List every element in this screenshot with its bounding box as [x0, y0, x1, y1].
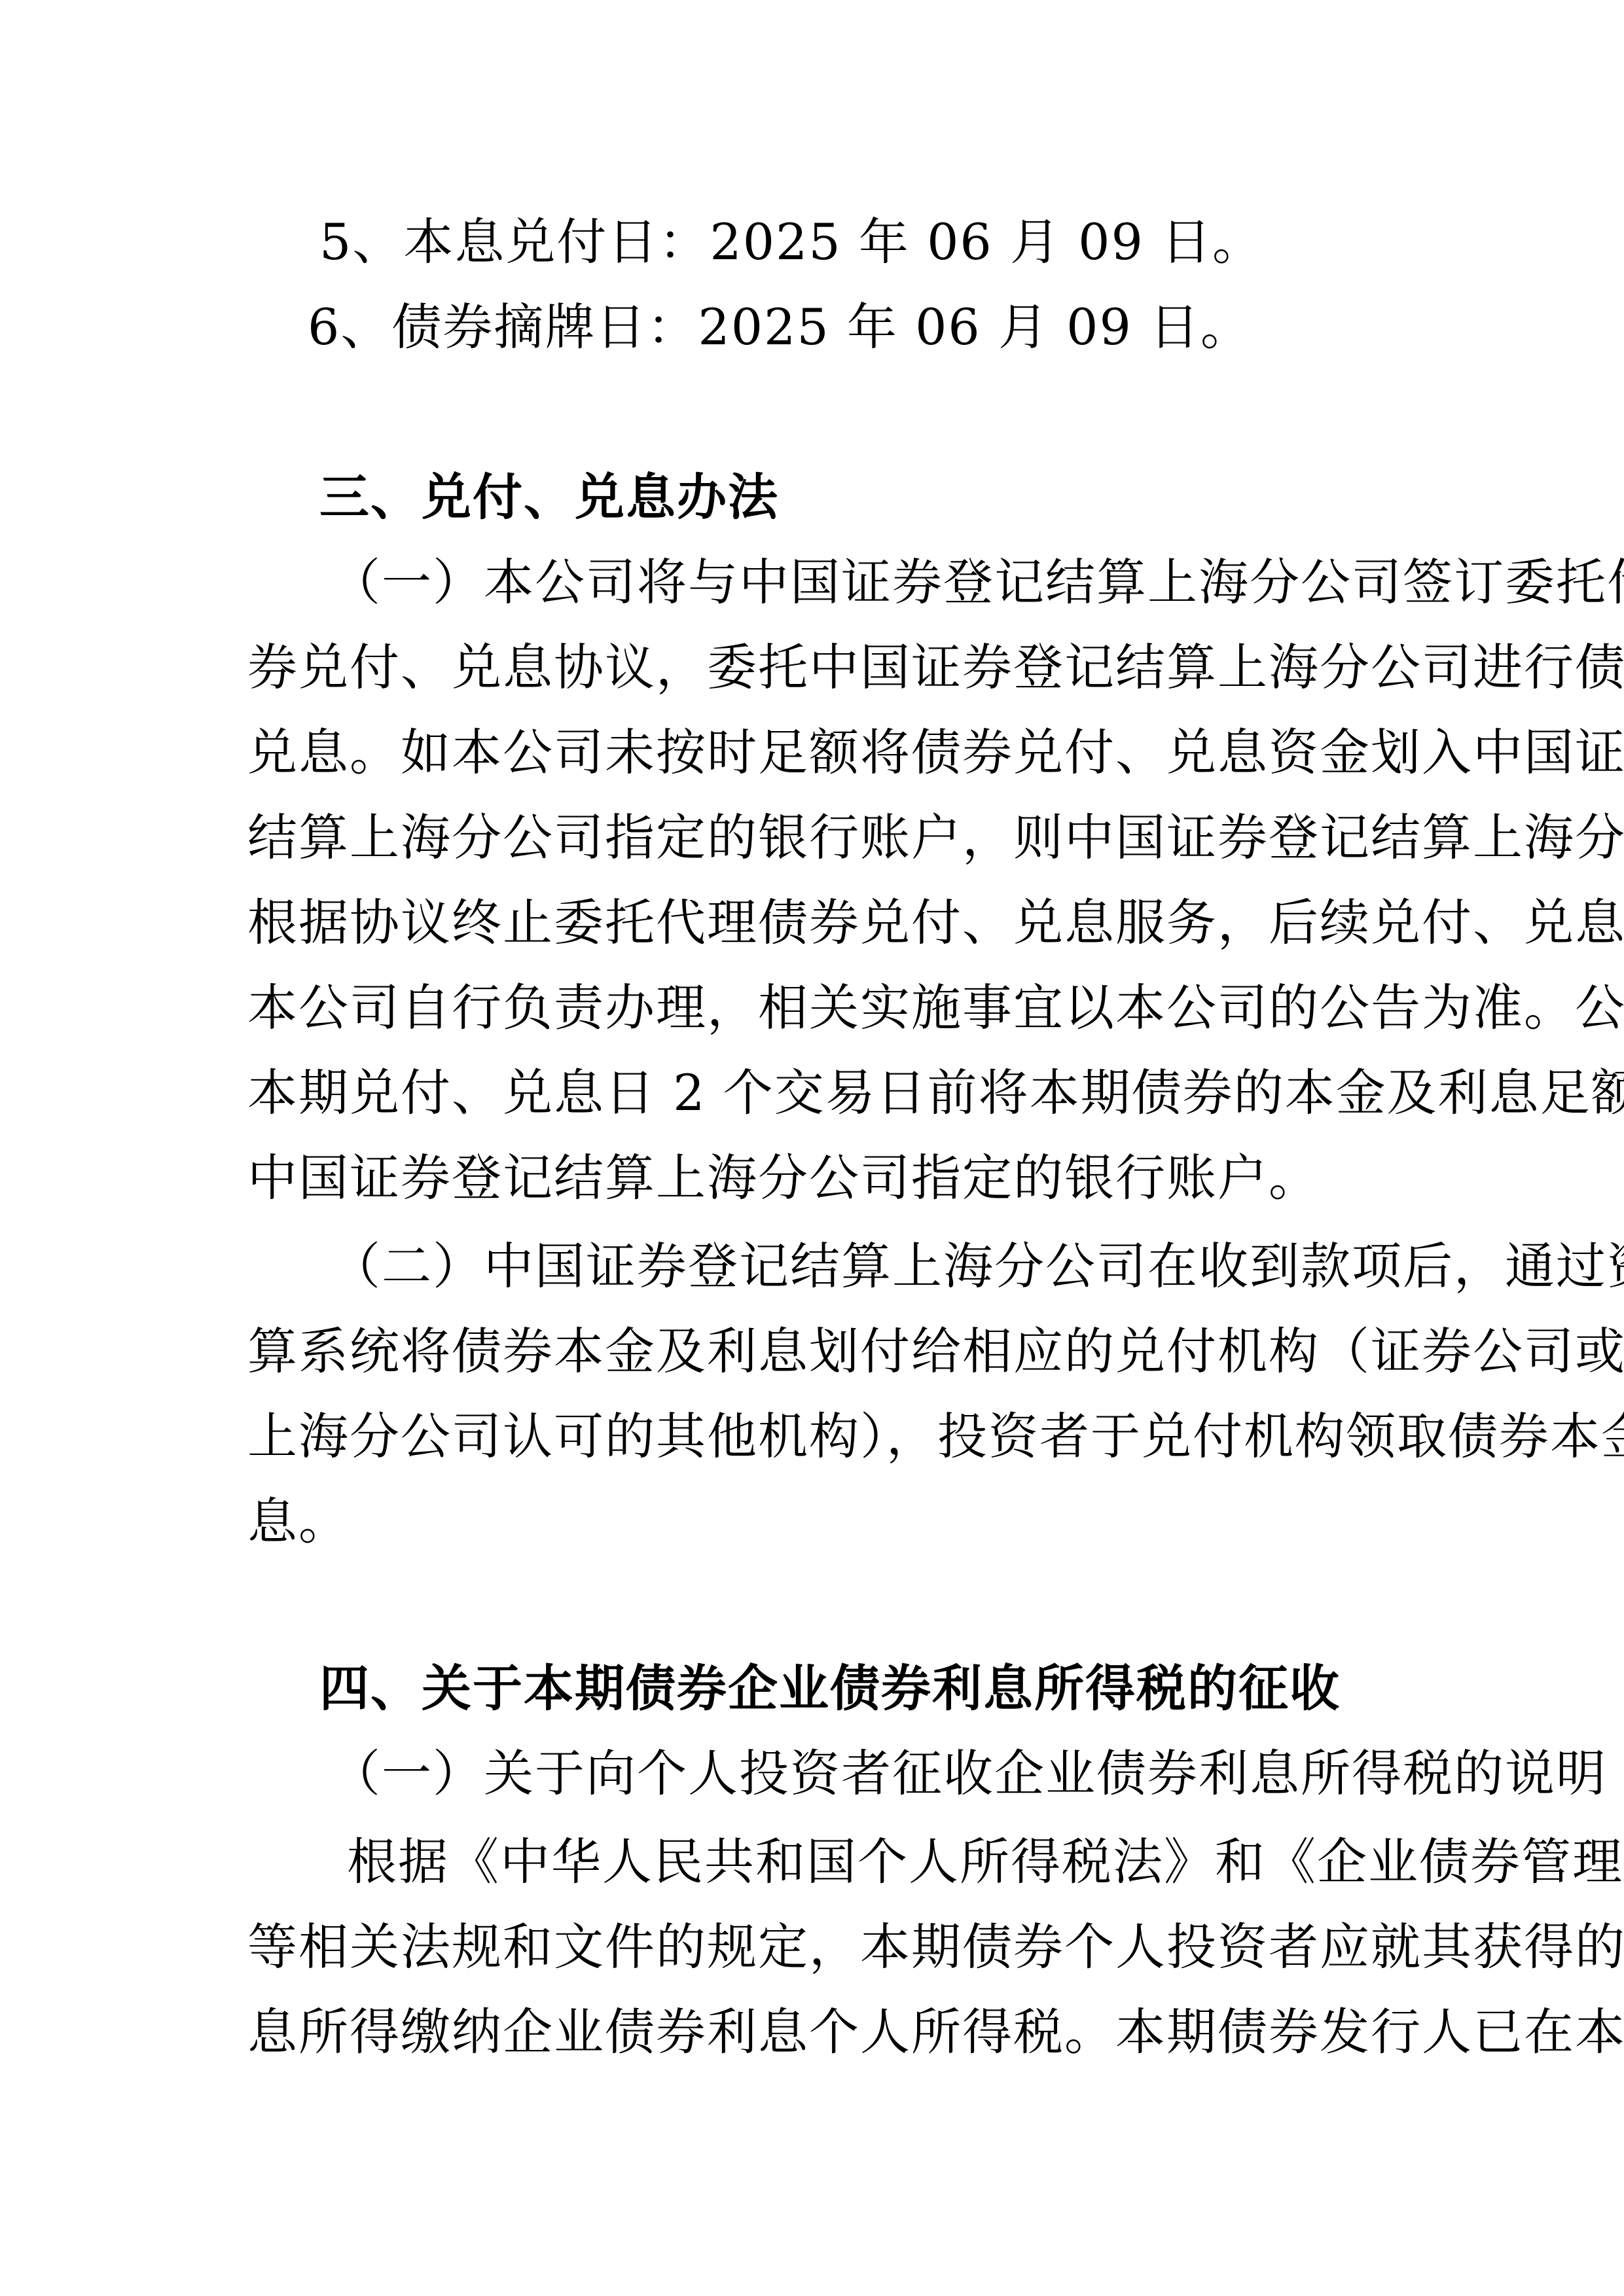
section-3-para-1-line: （一）本公司将与中国证券登记结算上海分公司签订委托代理债	[331, 550, 1373, 615]
section-3-para-2-line: 上海分公司认可的其他机构），投资者于兑付机构领取债券本金及利	[247, 1404, 1373, 1469]
section-3-para-1-line: 本期兑付、兑息日 2 个交易日前将本期债券的本金及利息足额划付至	[247, 1060, 1373, 1126]
section-3-para-1-line: 中国证券登记结算上海分公司指定的银行账户。	[247, 1145, 1373, 1211]
section-4-para-line: 根据《中华人民共和国个人所得税法》和《企业债券管理条例》	[347, 1829, 1373, 1895]
item-interest-payment-date: 5、本息兑付日：2025 年 06 月 09 日。	[319, 209, 1445, 275]
section-3-para-1-line: 兑息。如本公司未按时足额将债券兑付、兑息资金划入中国证券登记	[247, 720, 1373, 785]
section-3-para-1-line: 本公司自行负责办理，相关实施事宜以本公司的公告为准。公司将在	[247, 975, 1373, 1041]
section-3-para-1-line: 券兑付、兑息协议，委托中国证券登记结算上海分公司进行债券兑付、	[247, 635, 1373, 700]
section-4-para-line: 等相关法规和文件的规定，本期债券个人投资者应就其获得的债券利	[247, 1914, 1373, 1980]
section-4-subheading: （一）关于向个人投资者征收企业债券利息所得税的说明	[331, 1741, 1456, 1806]
section-3-para-2-line: （二）中国证券登记结算上海分公司在收到款项后，通过资金结	[331, 1234, 1373, 1299]
section-3-para-1-line: 根据协议终止委托代理债券兑付、兑息服务，后续兑付、兑息工作由	[247, 890, 1373, 956]
section-3-para-2-line: 息。	[247, 1489, 1373, 1554]
section-4-heading: 四、关于本期债券企业债券利息所得税的征收	[319, 1656, 1445, 1721]
section-3-para-1-line: 结算上海分公司指定的银行账户，则中国证券登记结算上海分公司将	[247, 805, 1373, 870]
section-4-para-line: 息所得缴纳企业债券利息个人所得税。本期债券发行人已在本期债券	[247, 2000, 1373, 2065]
item-delisting-date: 6、债券摘牌日：2025 年 06 月 09 日。	[308, 295, 1434, 360]
section-3-para-2-line: 算系统将债券本金及利息划付给相应的兑付机构（证券公司或中证登	[247, 1319, 1373, 1384]
document-page: 5、本息兑付日：2025 年 06 月 09 日。 6、债券摘牌日：2025 年…	[0, 0, 1624, 2296]
section-3-heading: 三、兑付、兑息办法	[319, 465, 1445, 530]
